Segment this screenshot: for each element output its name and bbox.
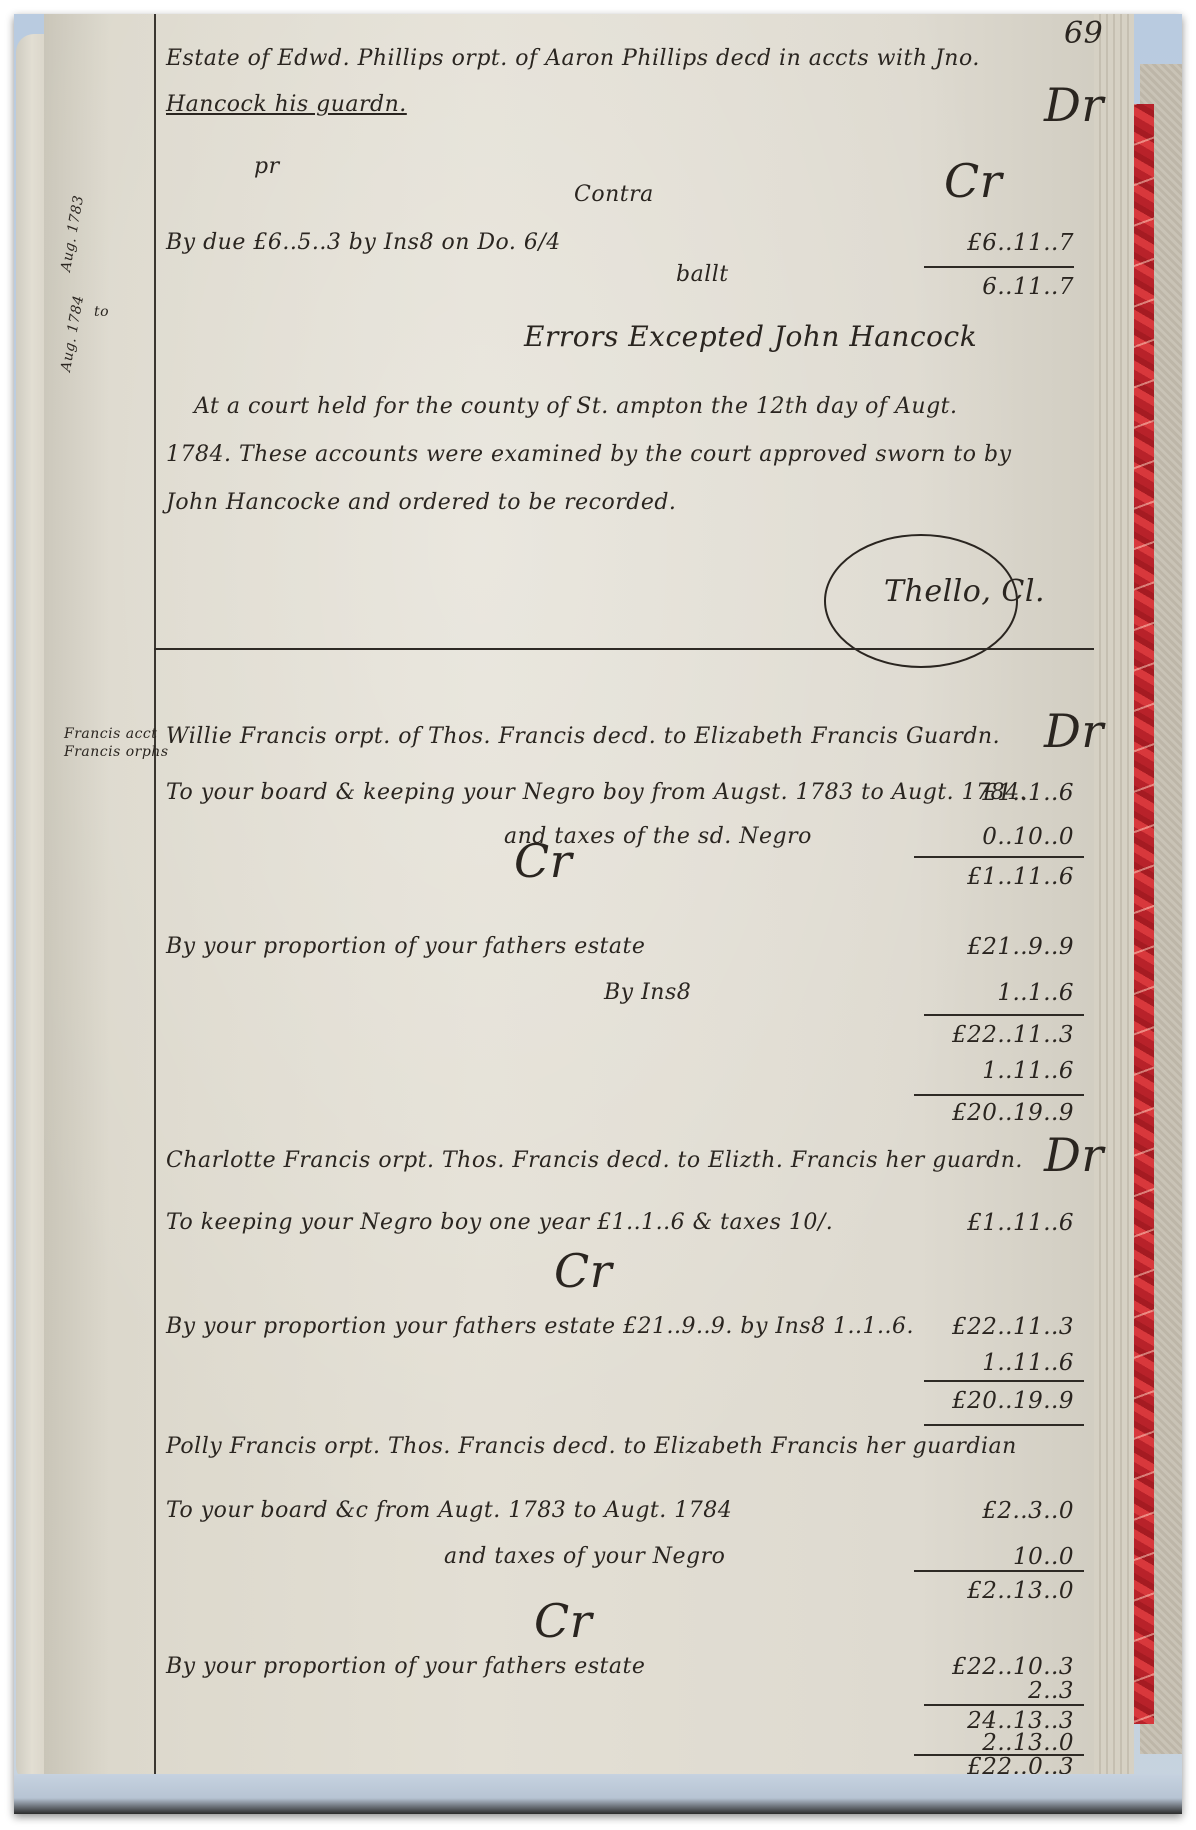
phillips-heading-line1: Estate of Edwd. Phillips orpt. of Aaron … [166,46,980,71]
willie-credit-1-amount: £21..9..9 [904,934,1074,960]
polly-credit-1: By your proportion of your fathers estat… [166,1654,645,1679]
charlotte-credit-marker: Cr [554,1244,612,1298]
per-marker: pr [254,154,280,179]
court-note-line2: 1784. These accounts were examined by th… [166,442,1012,467]
total-rule [924,1380,1084,1382]
willie-debit-2-amount: 0..10..0 [904,824,1074,850]
willie-debit-1-amount: £1..1..6 [904,780,1074,806]
polly-credit-marker: Cr [534,1594,592,1648]
polly-debit-total: £2..13..0 [904,1578,1074,1604]
margin-note-period-start: Aug. 1783 [58,194,87,273]
total-rule [924,1014,1084,1016]
polly-add: 2..3 [904,1678,1074,1704]
margin-note-francis-accounts: Francis acct [64,726,157,742]
margin-note-francis-orphans: Francis orphs [64,744,169,760]
polly-debit-1: To your board &c from Augt. 1783 to Augt… [166,1498,732,1523]
clerk-signature: Thello, Cl. [884,574,1045,609]
willie-balance: £20..19..9 [904,1100,1074,1126]
willie-debit-1: To your board & keeping your Negro boy f… [166,780,1027,805]
polly-debit-2: and taxes of your Negro [444,1544,725,1569]
debit-marker: Dr [1044,78,1104,132]
credit-marker: Cr [944,154,1002,208]
willie-credit-1: By your proportion of your fathers estat… [166,934,645,959]
margin-note-period-end: Aug. 1784 [58,294,87,373]
polly-debit-1-amount: £2..3..0 [904,1498,1074,1524]
phillips-credit-entry: By due £6..5..3 by Ins8 on Do. 6/4 [166,230,561,255]
charlotte-less: 1..11..6 [904,1350,1074,1376]
court-note-line3: John Hancocke and ordered to be recorded… [166,490,676,515]
ledger-photograph: 69 Estate of Edwd. Phillips orpt. of Aar… [14,14,1182,1814]
polly-heading: Polly Francis orpt. Thos. Francis decd. … [166,1434,1017,1459]
page-number: 69 [1064,16,1103,51]
total-rule [924,1424,1084,1426]
margin-rule [154,14,156,1774]
total-rule [914,856,1084,858]
errors-excepted-signature: Errors Excepted John Hancock [524,320,977,353]
charlotte-heading: Charlotte Francis orpt. Thos. Francis de… [166,1148,1023,1173]
charlotte-debit-marker: Dr [1044,1128,1104,1182]
section-divider [154,648,1094,650]
photo-backdrop [14,1774,1182,1814]
polly-debit-2-amount: 10..0 [904,1544,1074,1570]
court-note-line1: At a court held for the county of St. am… [194,394,958,419]
marbled-endpaper [1132,104,1154,1724]
charlotte-debit-1-amount: £1..11..6 [904,1210,1074,1236]
willie-credit-2-amount: 1..1..6 [904,980,1074,1006]
contra-label: Contra [574,182,654,207]
charlotte-debit-1: To keeping your Negro boy one year £1..1… [166,1210,833,1235]
phillips-credit-amount: £6..11..7 [904,230,1074,256]
total-rule [914,1094,1084,1096]
total-rule [924,1704,1084,1706]
willie-less: 1..11..6 [904,1058,1074,1084]
margin-note-period-to: to [94,304,109,320]
balance-label: ballt [676,262,729,287]
polly-credit-1-amount: £22..10..3 [904,1654,1074,1680]
phillips-balance-amount: 6..11..7 [904,274,1074,300]
total-rule [914,1570,1084,1572]
charlotte-balance: £20..19..9 [904,1388,1074,1414]
ledger-page: 69 Estate of Edwd. Phillips orpt. of Aar… [44,14,1134,1784]
charlotte-credit-1: By your proportion your fathers estate £… [166,1314,914,1339]
charlotte-credit-1-amount: £22..11..3 [904,1314,1074,1340]
phillips-heading-line2: Hancock his guardn. [166,92,407,117]
willie-heading: Willie Francis orpt. of Thos. Francis de… [166,724,1000,749]
willie-debit-total: £1..11..6 [904,864,1074,890]
willie-credit-subtotal: £22..11..3 [904,1022,1074,1048]
polly-less: 2..13..0 [904,1730,1074,1756]
page-stack-edge [1094,14,1134,1784]
total-rule [924,266,1074,268]
willie-debit-marker: Dr [1044,704,1104,758]
willie-credit-marker: Cr [514,834,572,888]
willie-credit-2: By Ins8 [604,980,691,1005]
